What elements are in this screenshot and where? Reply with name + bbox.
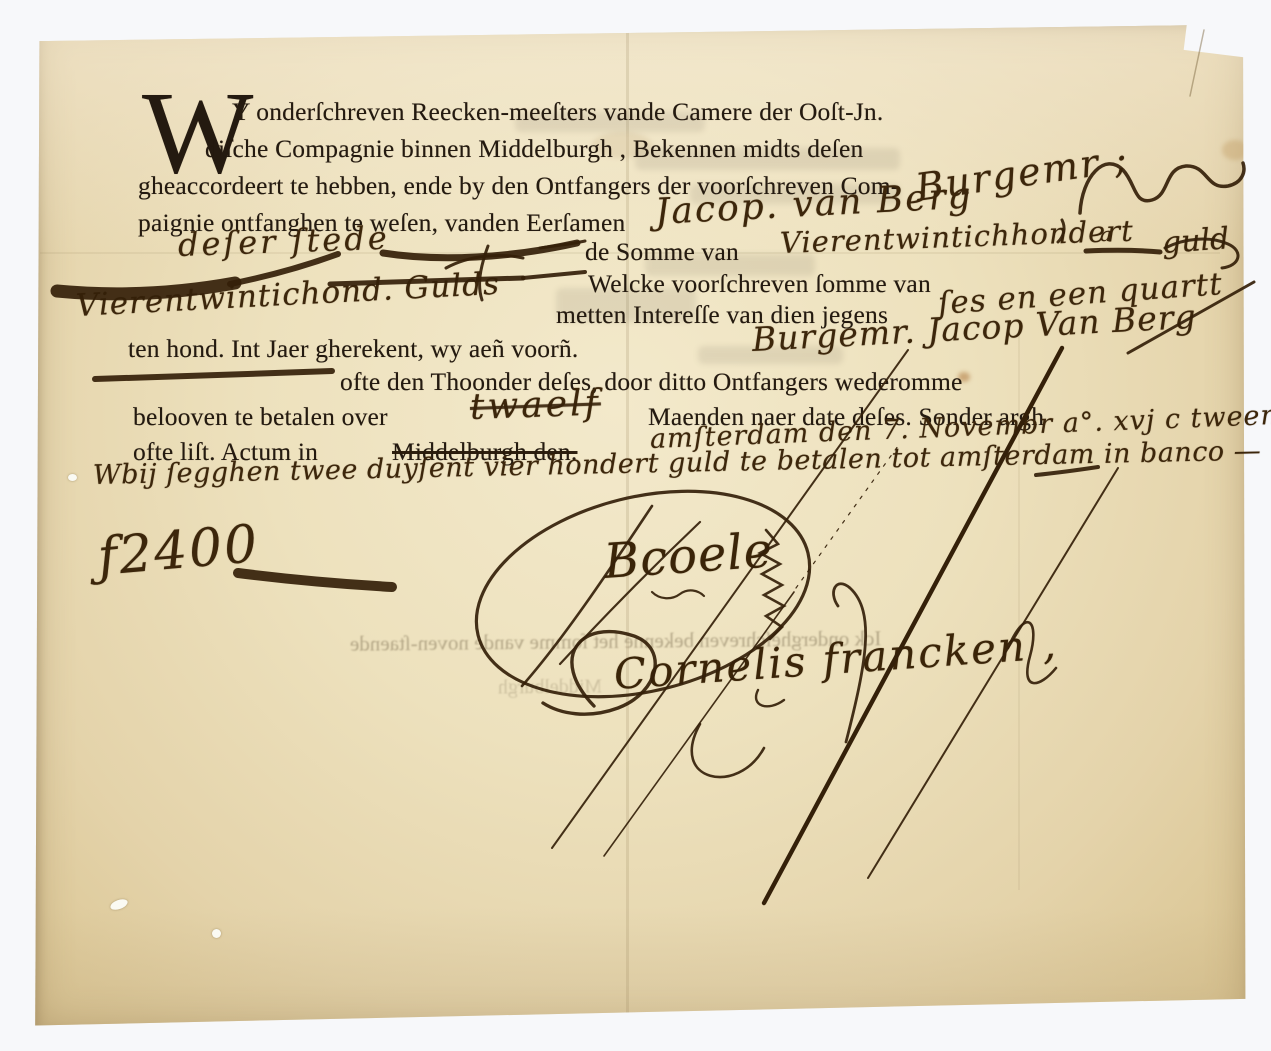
hw-sum-currency: guld	[1161, 221, 1231, 261]
signature-1-text: Bcoele	[602, 522, 775, 590]
printed-line-8: ten hond. Int Jaer gherekent, wy aeñ voo…	[128, 334, 578, 364]
showthrough-mirrored-text: Middelburgh	[498, 675, 602, 699]
hw-superscript-a: a	[1100, 222, 1112, 246]
wormhole	[212, 929, 221, 938]
printed-line-1: Y onderſchreven Reecken-meeſters vande C…	[232, 97, 883, 127]
printed-line-2: diſche Compagnie binnen Middelburgh , Be…	[205, 134, 863, 164]
wormhole	[68, 474, 77, 481]
printed-line-10a: belooven te betalen over	[133, 402, 388, 432]
printed-line-5: de Somme van	[585, 237, 739, 267]
hw-term-months: twaelf	[469, 382, 601, 428]
wormhole	[109, 897, 129, 912]
printed-line-6: Welcke voorſchreven ſomme van	[588, 269, 931, 299]
scanned-document: Ick ondergheſchreven bekenne het ſomme v…	[0, 0, 1271, 1051]
stain	[1222, 140, 1248, 160]
printed-line-9: ofte den Thoonder deſes, door ditto Ontf…	[340, 367, 963, 397]
hw-payer-place: deſer ſtede	[177, 219, 390, 264]
